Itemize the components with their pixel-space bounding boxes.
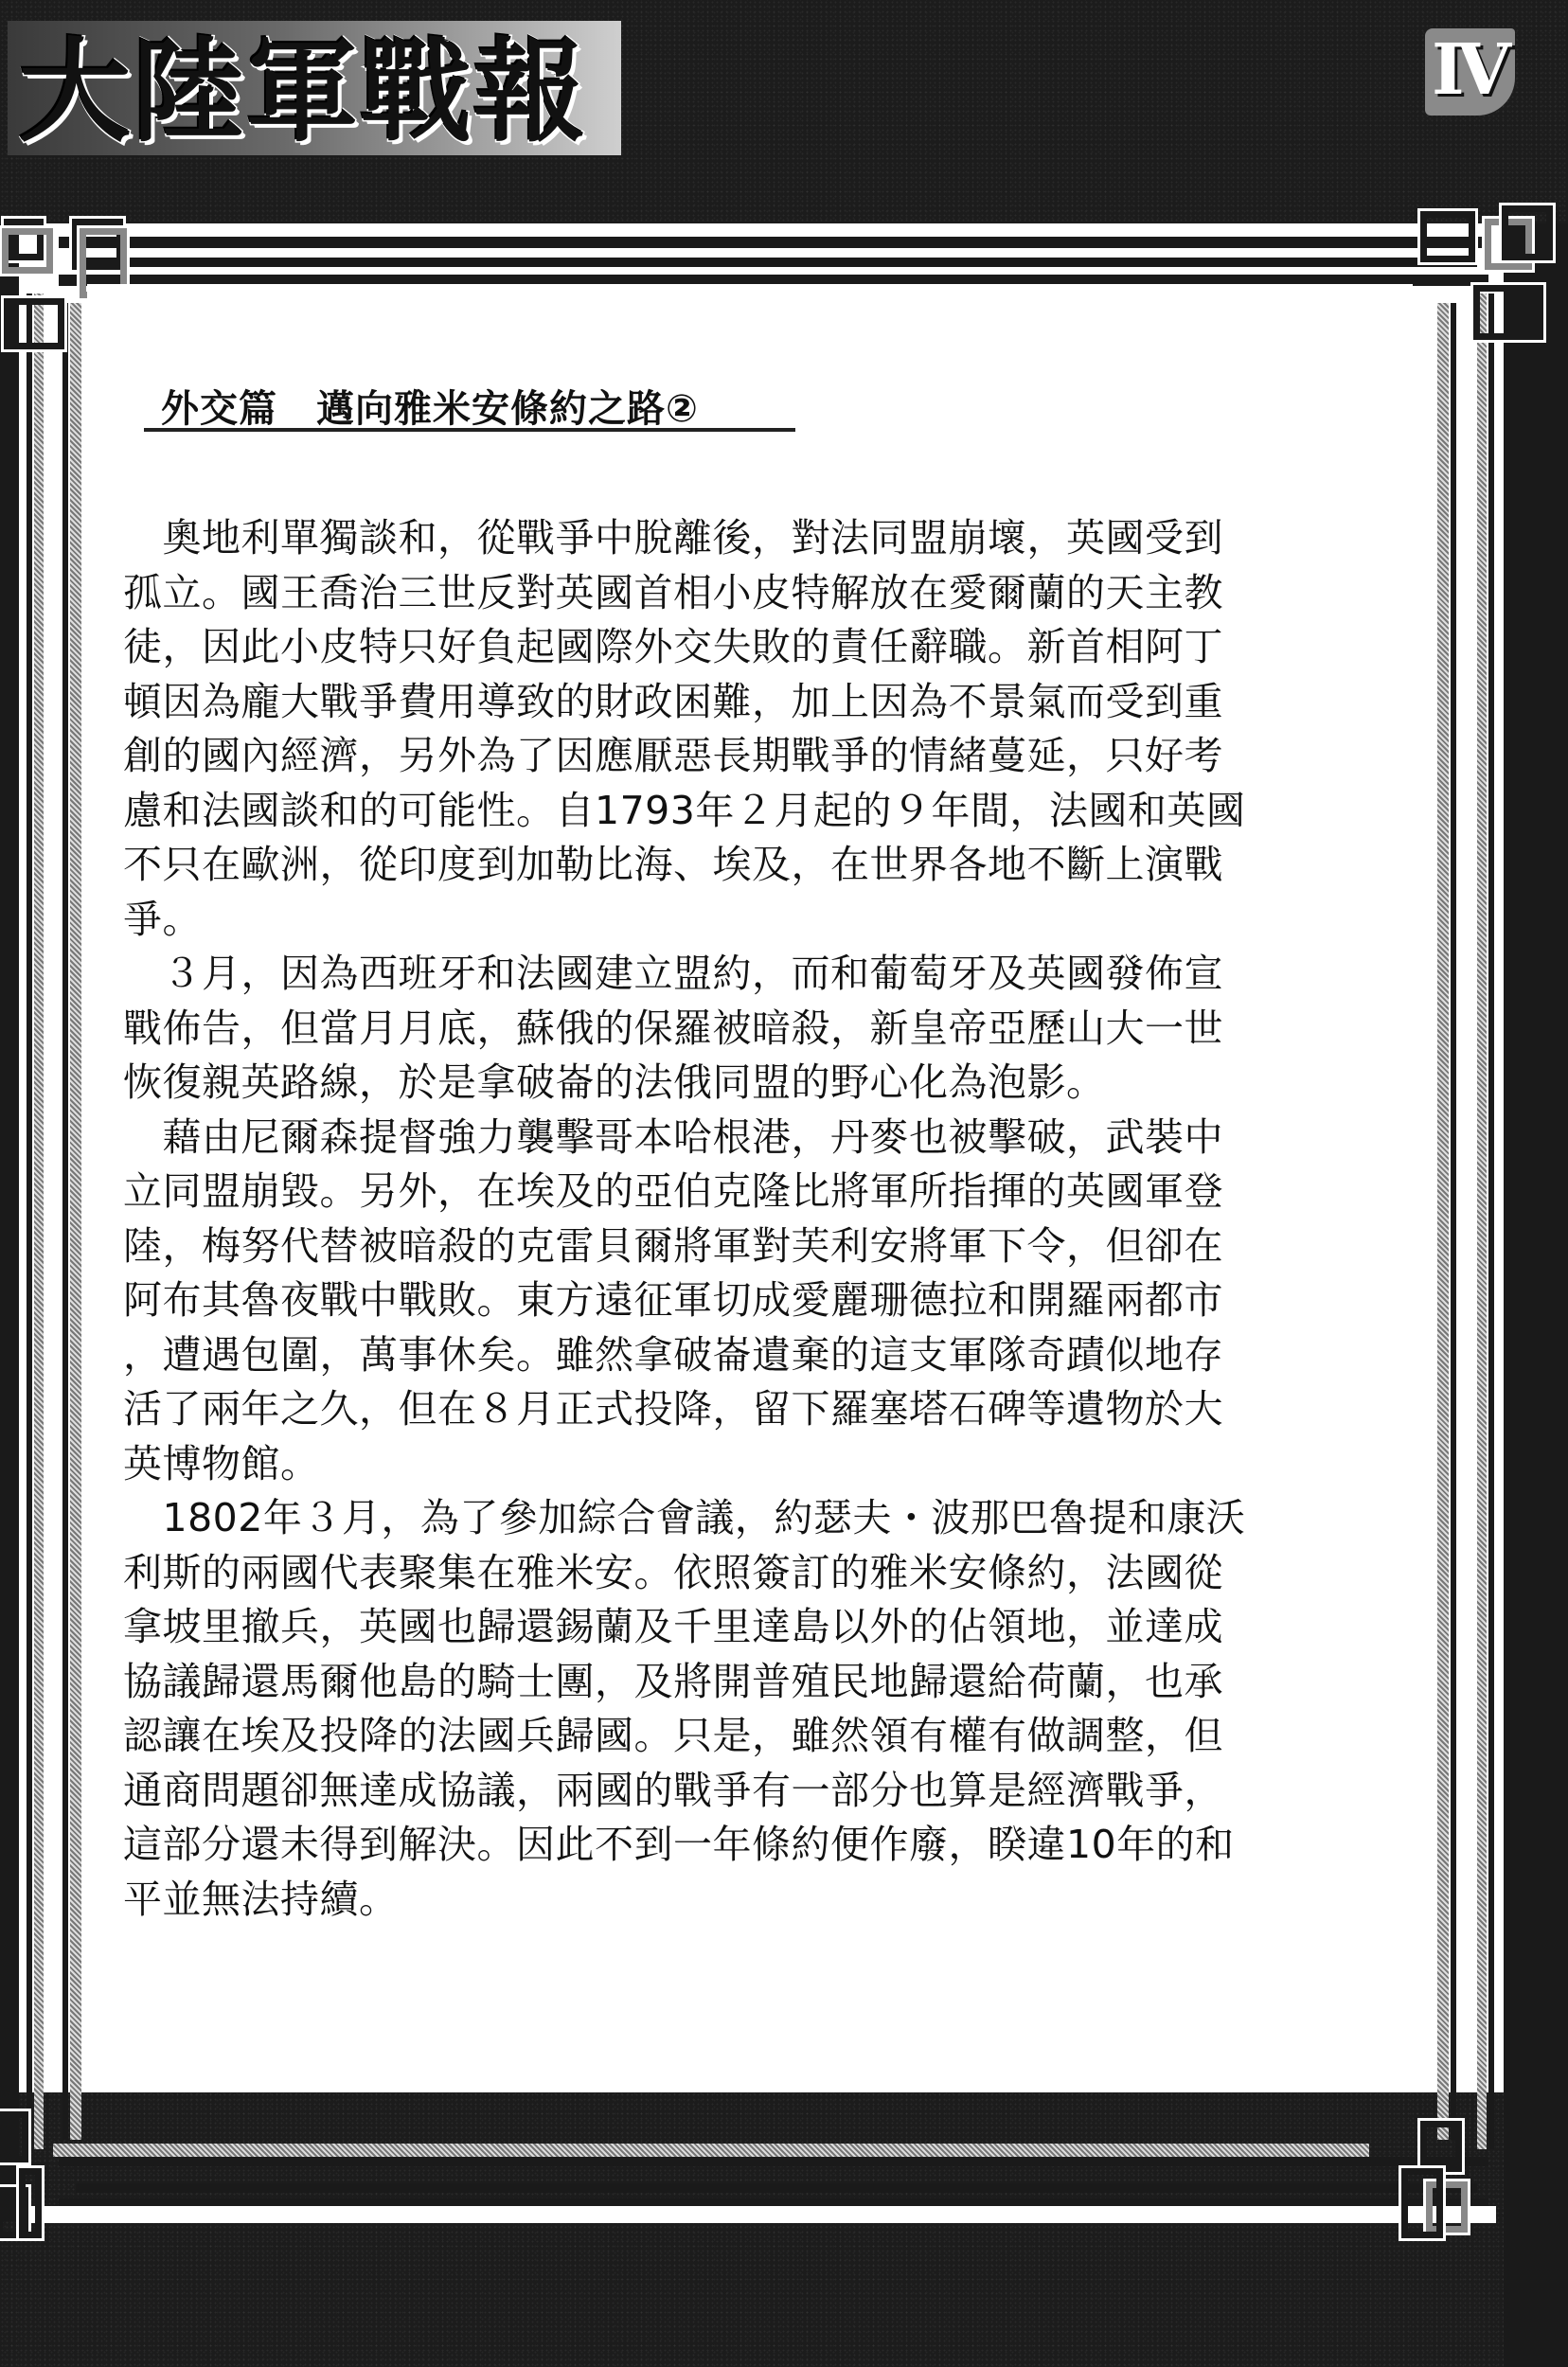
text-line: 這部分還未得到解決。因此不到一年條約便作廢，睽違10年的和 (123, 1818, 1382, 1873)
text-line: 恢復親英路線，於是拿破崙的法俄同盟的野心化為泡影。 (123, 1056, 1382, 1111)
corner-ornament-top-right (1420, 194, 1553, 355)
paragraph-4: 1802年３月，為了參加綜合會議，約瑟夫・波那巴魯提和康沃 利斯的兩國代表聚集在… (123, 1491, 1382, 1927)
paragraph-1: 奧地利單獨談和，從戰爭中脫離後，對法同盟崩壞，英國受到 孤立。國王喬治三世反對英… (123, 511, 1382, 947)
text-line: ，遭遇包圍，萬事休矣。雖然拿破崙遺棄的這支軍隊奇蹟似地存 (123, 1328, 1382, 1383)
volume-number: Ⅳ (1430, 32, 1513, 108)
article-body: 奧地利單獨談和，從戰爭中脫離後，對法同盟崩壞，英國受到 孤立。國王喬治三世反對英… (123, 511, 1382, 1927)
text-line: 創的國內經濟，另外為了因應厭惡長期戰爭的情緒蔓延，只好考 (123, 729, 1382, 784)
heading-divider (144, 428, 795, 432)
text-line: 平並無法持續。 (123, 1873, 1382, 1928)
text-line: 徒，因此小皮特只好負起國際外交失敗的責任辭職。新首相阿丁 (123, 620, 1382, 675)
page-title: 大陸軍戰報 (19, 30, 587, 153)
text-line: ３月，因為西班牙和法國建立盟約，而和葡萄牙及英國發佈宣 (123, 947, 1382, 1002)
text-line: 1802年３月，為了參加綜合會議，約瑟夫・波那巴魯提和康沃 (123, 1491, 1382, 1546)
text-line: 英博物館。 (123, 1437, 1382, 1492)
text-line: 認讓在埃及投降的法國兵歸國。只是，雖然領有權有做調整，但 (123, 1709, 1382, 1764)
text-line: 阿布其魯夜戰中戰敗。東方遠征軍切成愛麗珊德拉和開羅兩都市 (123, 1273, 1382, 1328)
text-line: 立同盟崩毀。另外，在埃及的亞伯克隆比將軍所指揮的英國軍登 (123, 1165, 1382, 1219)
text-line: 孤立。國王喬治三世反對英國首相小皮特解放在愛爾蘭的天主教 (123, 566, 1382, 621)
text-line: 奧地利單獨談和，從戰爭中脫離後，對法同盟崩壞，英國受到 (123, 511, 1382, 566)
text-line: 協議歸還馬爾他島的騎士團，及將開普殖民地歸還給荷蘭，也承 (123, 1655, 1382, 1710)
text-line: 戰佈告，但當月月底，蘇俄的保羅被暗殺，新皇帝亞歷山大一世 (123, 1002, 1382, 1057)
text-line: 陸，梅努代替被暗殺的克雷貝爾將軍對芙利安將軍下令，但卻在 (123, 1219, 1382, 1274)
text-line: 拿坡里撤兵，英國也歸還錫蘭及千里達島以外的佔領地，並達成 (123, 1600, 1382, 1655)
paragraph-3: 藉由尼爾森提督強力襲擊哥本哈根港，丹麥也被擊破，武裝中 立同盟崩毀。另外，在埃及… (123, 1111, 1382, 1492)
text-line: 通商問題卻無達成協議，兩國的戰爭有一部分也算是經濟戰爭， (123, 1764, 1382, 1819)
paragraph-2: ３月，因為西班牙和法國建立盟約，而和葡萄牙及英國發佈宣 戰佈告，但當月月底，蘇俄… (123, 947, 1382, 1111)
text-line: 慮和法國談和的可能性。自1793年２月起的９年間，法國和英國 (123, 784, 1382, 839)
text-line: 頓因為龐大戰爭費用導致的財政困難，加上因為不景氣而受到重 (123, 675, 1382, 730)
corner-ornament-bottom-right (1382, 2092, 1515, 2253)
text-line: 不只在歐洲，從印度到加勒比海、埃及，在世界各地不斷上演戰 (123, 838, 1382, 893)
text-line: 爭。 (123, 893, 1382, 948)
text-line: 藉由尼爾森提督強力襲擊哥本哈根港，丹麥也被擊破，武裝中 (123, 1111, 1382, 1166)
text-line: 活了兩年之久，但在８月正式投降，留下羅塞塔石碑等遺物於大 (123, 1382, 1382, 1437)
text-line: 利斯的兩國代表聚集在雅米安。依照簽訂的雅米安條約，法國從 (123, 1546, 1382, 1601)
corner-ornament-bottom-left (0, 2092, 133, 2253)
